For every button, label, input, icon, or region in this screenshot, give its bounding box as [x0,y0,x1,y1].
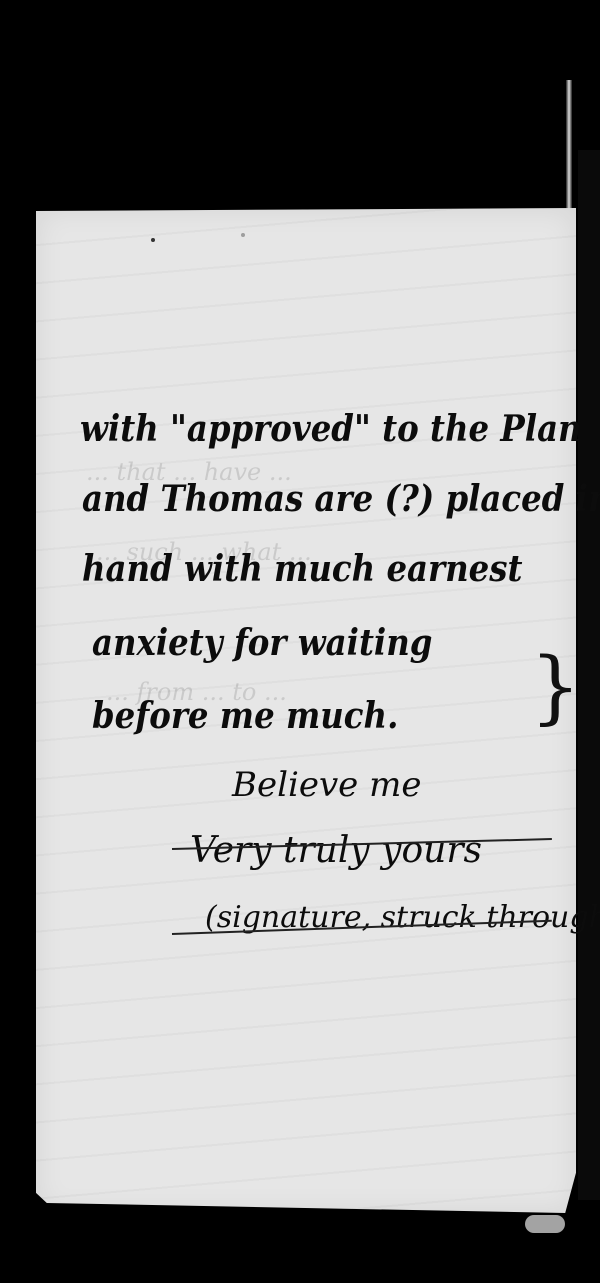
letter-line-4: anxiety for waiting [92,622,432,664]
scanner-thumb [525,1215,565,1233]
valediction: Very truly yours [190,830,482,871]
closing: Believe me [232,765,421,805]
letter-line-3: hand with much earnest [82,548,523,590]
letter-line-5: before me much. [92,695,398,737]
paper-speck [151,238,155,242]
film-edge-strip [566,80,572,210]
letter-line-1: with "approved" to the Plan [80,408,582,450]
paper-speck [241,233,245,237]
letter-line-2: and Thomas are (?) placed in [82,478,600,520]
brace-mark: } [530,640,581,733]
film-right-border [578,150,600,1200]
